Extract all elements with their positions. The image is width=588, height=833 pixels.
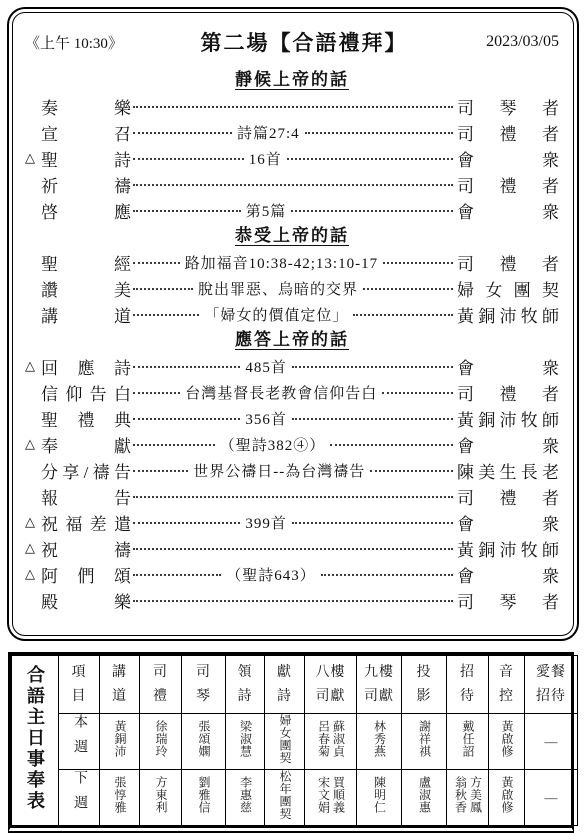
program-row: 奏樂司琴者 — [25, 93, 559, 119]
duty-name-cell: 劉雅信 — [182, 770, 226, 826]
duty-person-name: 梁淑慧 — [238, 720, 253, 758]
duty-column-header: 司 琴 — [182, 656, 226, 714]
service-time: 《上午 10:30》 — [25, 32, 153, 53]
duty-column-header: 九樓 司獻 — [357, 656, 402, 714]
leader-dots — [292, 522, 453, 524]
duty-row-label-cell: 下週 — [59, 770, 100, 826]
leader-dots — [133, 470, 188, 472]
program-box: 《上午 10:30》 第二場【合語禮拜】 2023/03/05 靜候上帝的話奏樂… — [12, 12, 574, 636]
program-section-heading: 靜候上帝的話 — [25, 67, 559, 93]
program-row: 啓應第5篇會衆 — [25, 197, 559, 223]
program-row: △阿們頌（聖詩643）會衆 — [25, 561, 559, 587]
leader-dots — [287, 158, 453, 160]
leader-dots — [133, 184, 453, 186]
service-date: 2023/03/05 — [455, 33, 559, 51]
duty-name-cell: 張惇雅 — [100, 770, 140, 826]
item-role: 陳美生長老 — [457, 458, 559, 483]
program-box-outer-border: 《上午 10:30》 第二場【合語禮拜】 2023/03/05 靜候上帝的話奏樂… — [7, 7, 579, 641]
program-section-heading: 應答上帝的話 — [25, 327, 559, 353]
duty-name-cell: 謝祥祺 — [402, 714, 447, 770]
item-content: 16首 — [246, 148, 285, 169]
duty-person-name: 買順義 宋文娟 — [316, 776, 346, 814]
leader-dots — [353, 314, 453, 316]
item-content: 路加福音10:38-42;13:10-17 — [182, 252, 382, 273]
program-row: 宣召詩篇27:4司禮者 — [25, 119, 559, 145]
duty-name-cell: 買順義 宋文娟 — [305, 770, 357, 826]
duty-name-cell: 蘇淑貞 呂春菊 — [305, 714, 357, 770]
item-label: 祈禱 — [41, 172, 131, 197]
leader-dots — [383, 262, 453, 264]
item-label: 啓應 — [41, 198, 131, 223]
item-role: 司禮者 — [457, 120, 559, 145]
program-row: 殿樂司琴者 — [25, 587, 559, 613]
duty-column-header: 項 目 — [59, 656, 100, 714]
duty-name-cell: 梁淑慧 — [226, 714, 265, 770]
duty-name-cell: 方美鳳 翁秋香 — [447, 770, 489, 826]
leader-dots — [133, 106, 453, 108]
duty-name-cell: 陳明仁 — [357, 770, 402, 826]
duty-row-label: 下週 — [72, 770, 86, 820]
duty-column-header: 愛餐 招待 — [525, 656, 578, 714]
leader-dots — [133, 574, 221, 576]
duty-table-side-title: 合語主日事奉表 — [26, 665, 44, 812]
duty-header-row: 合語主日事奉表項 目講 道司 禮司 琴領 詩獻 詩八樓 司獻九樓 司獻投 影招 … — [12, 656, 578, 714]
item-label: 信仰告白 — [41, 380, 131, 405]
item-label: 聖禮典 — [41, 406, 131, 431]
leader-dots — [133, 392, 180, 394]
item-role: 司禮者 — [457, 484, 559, 509]
item-label: 聖經 — [41, 250, 131, 275]
item-role: 黃銅沛牧師 — [457, 536, 559, 561]
item-label: 講道 — [41, 302, 131, 327]
stand-marker: △ — [25, 540, 41, 556]
duty-column-header: 獻 詩 — [265, 656, 305, 714]
leader-dots — [330, 444, 453, 446]
item-role: 黃銅沛牧師 — [457, 406, 559, 431]
program-row: 講道「婦女的價值定位」黃銅沛牧師 — [25, 301, 559, 327]
duty-name-cell: 張頌嫻 — [182, 714, 226, 770]
leader-dots — [370, 470, 453, 472]
duty-name-cell: 林秀燕 — [357, 714, 402, 770]
duty-person-name: 張惇雅 — [112, 776, 127, 814]
duty-column-header: 領 詩 — [226, 656, 265, 714]
duty-person-name: 李惠慈 — [238, 776, 253, 814]
item-label: 分享/禱告 — [41, 458, 131, 483]
duty-column-header: 八樓 司獻 — [305, 656, 357, 714]
item-content: 脫出罪惡、烏暗的交界 — [195, 278, 361, 299]
item-role: 婦女團契 — [457, 276, 559, 301]
item-content: 詩篇27:4 — [234, 122, 303, 143]
item-role: 司琴者 — [457, 94, 559, 119]
duty-person-name: 謝祥祺 — [417, 720, 432, 758]
duty-person-name: 婦女團契 — [277, 714, 292, 764]
duty-person-name: 黃啟修 — [499, 720, 514, 758]
item-content: 485首 — [242, 356, 290, 377]
item-content: 356首 — [242, 408, 290, 429]
stand-marker: △ — [25, 566, 41, 582]
program-row: △祝福差遣399首會衆 — [25, 509, 559, 535]
leader-dots — [291, 210, 453, 212]
duty-person-name: 戴任詔 — [460, 720, 475, 758]
duty-person-name: 方東利 — [153, 776, 168, 814]
item-label: 讚美 — [41, 276, 131, 301]
duty-person-name: 劉雅信 — [196, 776, 211, 814]
item-label: 聖詩 — [41, 146, 131, 171]
duty-column-header: 講 道 — [100, 656, 140, 714]
leader-dots — [133, 600, 453, 602]
item-content: （聖詩643） — [223, 564, 319, 585]
duty-name-cell: 婦女團契 — [265, 714, 305, 770]
leader-dots — [305, 132, 453, 134]
leader-dots — [133, 210, 241, 212]
duty-name-cell: 徐瑞玲 — [140, 714, 182, 770]
duty-table-row: 本週黃銅沛徐瑞玲張頌嫻梁淑慧婦女團契蘇淑貞 呂春菊林秀燕謝祥祺戴任詔黃啟修— — [12, 714, 578, 770]
duty-name-cell: — — [525, 714, 578, 770]
duty-name-cell: 松年團契 — [265, 770, 305, 826]
item-role: 司禮者 — [457, 380, 559, 405]
item-label: 阿們頌 — [41, 562, 131, 587]
item-role: 司禮者 — [457, 250, 559, 275]
item-role: 會衆 — [457, 510, 559, 535]
stand-marker: △ — [25, 150, 41, 166]
leader-dots — [292, 366, 453, 368]
item-content: 第5篇 — [243, 200, 290, 221]
program-row: 讚美脫出罪惡、烏暗的交界婦女團契 — [25, 275, 559, 301]
item-role: 會衆 — [457, 354, 559, 379]
leader-dots — [133, 548, 453, 550]
leader-dots — [133, 366, 240, 368]
duty-name-cell: 黃銅沛 — [100, 714, 140, 770]
duty-person-name: 方美鳳 翁秋香 — [453, 776, 483, 814]
item-label: 奏樂 — [41, 94, 131, 119]
item-content: 「婦女的價值定位」 — [201, 304, 351, 325]
duty-person-name: 徐瑞玲 — [153, 720, 168, 758]
leader-dots — [363, 288, 453, 290]
item-label: 報告 — [41, 484, 131, 509]
duty-person-name: 陳明仁 — [372, 776, 387, 814]
duty-person-name: 黃啟修 — [499, 776, 514, 814]
item-content: 399首 — [242, 512, 290, 533]
leader-dots — [133, 444, 215, 446]
leader-dots — [133, 262, 180, 264]
program-header: 《上午 10:30》 第二場【合語禮拜】 2023/03/05 — [25, 27, 559, 57]
program-row: △聖詩16首會衆 — [25, 145, 559, 171]
duty-column-header: 音 控 — [489, 656, 525, 714]
item-content: （聖詩382④） — [217, 434, 329, 455]
bulletin-page: 《上午 10:30》 第二場【合語禮拜】 2023/03/05 靜候上帝的話奏樂… — [0, 0, 588, 833]
empty-dash: — — [545, 734, 558, 749]
item-role: 司禮者 — [457, 172, 559, 197]
item-role: 會衆 — [457, 562, 559, 587]
item-role: 黃銅沛牧師 — [457, 302, 559, 327]
item-role: 會衆 — [457, 198, 559, 223]
item-content: 台灣基督長老教會信仰告白 — [182, 382, 380, 403]
leader-dots — [321, 574, 453, 576]
duty-person-name: 盧淑惠 — [417, 776, 432, 814]
item-role: 會衆 — [457, 146, 559, 171]
leader-dots — [133, 418, 240, 420]
duty-table-wrapper: 合語主日事奉表項 目講 道司 禮司 琴領 詩獻 詩八樓 司獻九樓 司獻投 影招 … — [8, 652, 574, 833]
duty-table-row: 下週張惇雅方東利劉雅信李惠慈松年團契買順義 宋文娟陳明仁盧淑惠方美鳳 翁秋香黃啟… — [12, 770, 578, 826]
stand-marker: △ — [25, 514, 41, 530]
duty-person-name: 黃銅沛 — [112, 720, 127, 758]
item-content: 世界公禱日--為台灣禱告 — [190, 460, 368, 481]
duty-name-cell: 方東利 — [140, 770, 182, 826]
duty-person-name: 松年團契 — [277, 770, 292, 820]
duty-table: 合語主日事奉表項 目講 道司 禮司 琴領 詩獻 詩八樓 司獻九樓 司獻投 影招 … — [11, 655, 578, 826]
program-row: △祝禱黃銅沛牧師 — [25, 535, 559, 561]
duty-person-name: 蘇淑貞 呂春菊 — [316, 720, 346, 758]
duty-row-label-cell: 本週 — [59, 714, 100, 770]
item-label: 宣召 — [41, 120, 131, 145]
item-label: 回應詩 — [41, 354, 131, 379]
program-row: 信仰告白台灣基督長老教會信仰告白司禮者 — [25, 379, 559, 405]
item-role: 司琴者 — [457, 588, 559, 613]
page-title: 第二場【合語禮拜】 — [153, 27, 455, 57]
program-row: △回應詩485首會衆 — [25, 353, 559, 379]
duty-column-header: 招 待 — [447, 656, 489, 714]
item-role: 會衆 — [457, 432, 559, 457]
duty-table-side-title-cell: 合語主日事奉表 — [12, 656, 59, 826]
duty-person-name: 張頌嫻 — [196, 720, 211, 758]
program-row: 聖禮典356首黃銅沛牧師 — [25, 405, 559, 431]
leader-dots — [133, 288, 193, 290]
leader-dots — [382, 392, 453, 394]
duty-name-cell: 黃啟修 — [489, 770, 525, 826]
duty-column-header: 投 影 — [402, 656, 447, 714]
duty-name-cell: — — [525, 770, 578, 826]
item-label: 祝禱 — [41, 536, 131, 561]
program-row: 祈禱司禮者 — [25, 171, 559, 197]
program-sections: 靜候上帝的話奏樂司琴者宣召詩篇27:4司禮者△聖詩16首會衆祈禱司禮者啓應第5篇… — [25, 67, 559, 613]
duty-name-cell: 盧淑惠 — [402, 770, 447, 826]
duty-name-cell: 戴任詔 — [447, 714, 489, 770]
leader-dots — [133, 158, 244, 160]
leader-dots — [292, 418, 453, 420]
leader-dots — [133, 132, 232, 134]
program-row: 分享/禱告世界公禱日--為台灣禱告陳美生長老 — [25, 457, 559, 483]
duty-name-cell: 黃啟修 — [489, 714, 525, 770]
item-label: 奉獻 — [41, 432, 131, 457]
stand-marker: △ — [25, 436, 41, 452]
program-row: 聖經路加福音10:38-42;13:10-17司禮者 — [25, 249, 559, 275]
item-label: 祝福差遣 — [41, 510, 131, 535]
program-row: 報告司禮者 — [25, 483, 559, 509]
duty-person-name: 林秀燕 — [372, 720, 387, 758]
program-section-heading: 恭受上帝的話 — [25, 223, 559, 249]
duty-row-label: 本週 — [72, 714, 86, 764]
empty-dash: — — [545, 790, 558, 805]
program-row: △奉獻（聖詩382④）會衆 — [25, 431, 559, 457]
item-label: 殿樂 — [41, 588, 131, 613]
duty-name-cell: 李惠慈 — [226, 770, 265, 826]
duty-column-header: 司 禮 — [140, 656, 182, 714]
leader-dots — [133, 496, 453, 498]
stand-marker: △ — [25, 358, 41, 374]
leader-dots — [133, 314, 199, 316]
leader-dots — [133, 522, 240, 524]
